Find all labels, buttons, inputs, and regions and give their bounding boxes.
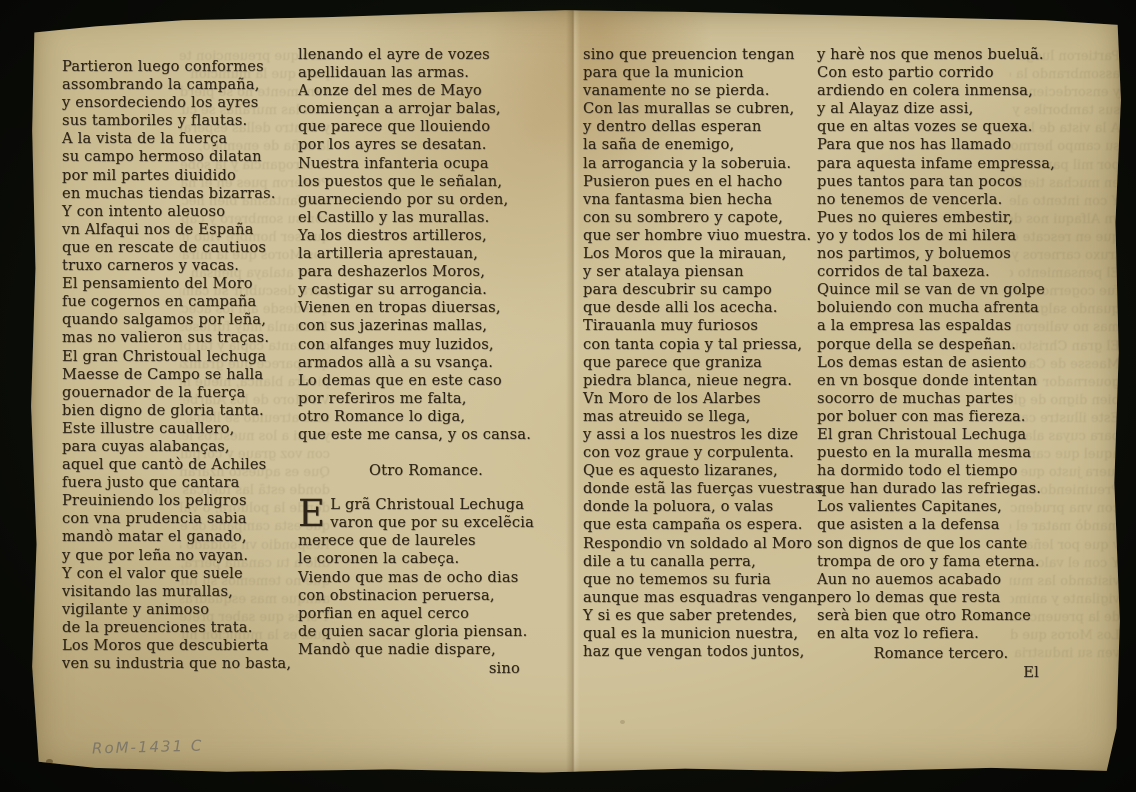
text-line: con obstinacion peruersa, <box>298 587 546 605</box>
text-line: Y con el valor que suele <box>62 565 300 583</box>
text-line: gouernador de la fuerça <box>62 384 300 402</box>
text-line: en muchas tiendas bizarras. <box>62 185 300 203</box>
text-line: por los ayres se desatan. <box>298 136 546 154</box>
paper-sheet: sino que preuencion tenganpara que la mu… <box>30 8 1122 774</box>
text-line: con sus jazerinas mallas, <box>298 317 546 335</box>
text-line: serà bien que otro Romance <box>817 607 1065 625</box>
text-line: por mil partes diuidido <box>62 167 300 185</box>
text-line: en vn bosque donde intentan <box>817 372 1065 390</box>
text-line: haz que vengan todos juntos, <box>583 643 817 661</box>
text-line: llenando el ayre de vozes <box>298 46 546 64</box>
text-line: Tirauanla muy furiosos <box>583 317 817 335</box>
text-line: el Castillo y las murallas. <box>298 209 546 227</box>
poem-second-romance: E L grã Christoual Lechuga varon que por… <box>298 496 546 659</box>
text-line: Los Moros que la mirauan, <box>583 245 817 263</box>
text-line: para que la municion <box>583 64 817 82</box>
text-line: boluiendo con mucha afrenta <box>817 299 1065 317</box>
text-line: porque della se despeñan. <box>817 336 1065 354</box>
text-line: Partieron luego conformes <box>62 58 300 76</box>
text-line: Aun no auemos acabado <box>817 571 1065 589</box>
text-line: fue cogernos en campaña <box>62 293 300 311</box>
text-line: de la preuenciones trata. <box>62 619 300 637</box>
ink-speck <box>620 720 625 724</box>
text-line: para deshazerlos Moros, <box>298 263 546 281</box>
text-line: que en rescate de cautiuos <box>62 239 300 257</box>
text-line: Maesse de Campo se halla <box>62 366 300 384</box>
text-line: la arrogancia y la soberuia. <box>583 155 817 173</box>
ink-speck <box>46 759 53 764</box>
text-line: no tenemos de vencerla. <box>817 191 1065 209</box>
text-line: A la vista de la fuerça <box>62 130 300 148</box>
text-line: Con esto partio corrido <box>817 64 1065 82</box>
text-line: yo y todos los de mi hilera <box>817 227 1065 245</box>
text-line: que ser hombre viuo muestra. <box>583 227 817 245</box>
text-line: mas no valieron sus traças. <box>62 329 300 347</box>
text-line: para descubrir su campo <box>583 281 817 299</box>
text-line: guarneciendo por su orden, <box>298 191 546 209</box>
section-heading: Otro Romance. <box>306 462 546 480</box>
text-line: Y si es que saber pretendes, <box>583 607 817 625</box>
text-line: piedra blanca, nieue negra. <box>583 372 817 390</box>
text-line: visitando las murallas, <box>62 583 300 601</box>
text-line: ven su industria que no basta, <box>62 655 300 673</box>
text-line: otro Romance lo diga, <box>298 408 546 426</box>
text-line: Los Moros que descubierta <box>62 637 300 655</box>
text-line: socorro de muchas partes <box>817 390 1065 408</box>
text-line: Con las murallas se cubren, <box>583 100 817 118</box>
text-line: por boluer con mas fiereza. <box>817 408 1065 426</box>
text-line: que asisten a la defensa <box>817 516 1065 534</box>
text-line: nos partimos, y boluemos <box>817 245 1065 263</box>
text-line: assombrando la campaña, <box>62 76 300 94</box>
text-line: Pusieron pues en el hacho <box>583 173 817 191</box>
text-line: Vienen en tropas diuersas, <box>298 299 546 317</box>
text-line: porfian en aquel cerco <box>298 605 546 623</box>
text-line: L grã Christoual Lechuga <box>298 496 546 514</box>
text-line: Lo demas que en este caso <box>298 372 546 390</box>
text-line: le coronen la cabeça. <box>298 550 546 568</box>
text-line: vn Alfaqui nos de España <box>62 221 300 239</box>
shelfmark-annotation: RoM-1431 C <box>92 737 204 758</box>
text-line: para cuyas alabanças, <box>62 438 300 456</box>
poem-lines: varon que por su excelẽciamerece que de … <box>298 514 546 659</box>
text-line: El gran Christoual lechuga <box>62 348 300 366</box>
column-2-verse: llenando el ayre de vozesapellidauan las… <box>298 46 546 444</box>
text-line: Para que nos has llamado <box>817 136 1065 154</box>
text-line: para aquesta infame empressa, <box>817 155 1065 173</box>
text-line: donde estã las fuerças vuestras <box>583 480 817 498</box>
drop-cap-initial: E <box>298 496 330 530</box>
text-line: con su sombrero y capote, <box>583 209 817 227</box>
text-line: fuera justo que cantara <box>62 474 300 492</box>
text-line: la saña de enemigo, <box>583 136 817 154</box>
text-line: ha dormido todo el tiempo <box>817 462 1065 480</box>
text-line: truxo carneros y vacas. <box>62 257 300 275</box>
text-line: apellidauan las armas. <box>298 64 546 82</box>
text-line: Pues no quieres embestir, <box>817 209 1065 227</box>
closing-heading: Romance tercero. <box>817 645 1065 663</box>
text-line: sus tamboriles y flautas. <box>62 112 300 130</box>
text-line: y harè nos que menos bueluã. <box>817 46 1065 64</box>
text-column-2: llenando el ayre de vozesapellidauan las… <box>298 46 546 678</box>
text-line: Preuiniendo los peligros <box>62 492 300 510</box>
text-line: mandò matar el ganado, <box>62 528 300 546</box>
text-line: y dentro dellas esperan <box>583 118 817 136</box>
text-line: Nuestra infanteria ocupa <box>298 155 546 173</box>
text-line: son dignos de que los cante <box>817 535 1065 553</box>
text-line: sino que preuencion tengan <box>583 46 817 64</box>
text-line: Este illustre cauallero, <box>62 420 300 438</box>
text-line: con tanta copia y tal priessa, <box>583 336 817 354</box>
text-line: pero lo demas que resta <box>817 589 1065 607</box>
text-line: Que es aquesto lizaranes, <box>583 462 817 480</box>
text-line: Vn Moro de los Alarbes <box>583 390 817 408</box>
text-line: vna fantasma bien hecha <box>583 191 817 209</box>
text-line: con voz graue y corpulenta. <box>583 444 817 462</box>
text-line: y al Alayaz dize assi, <box>817 100 1065 118</box>
text-line: que este me cansa, y os cansa. <box>298 426 546 444</box>
text-column-4: y harè nos que menos bueluã.Con esto par… <box>817 46 1065 682</box>
text-line: Mandò que nadie dispare, <box>298 641 546 659</box>
text-line: Y con intento aleuoso <box>62 203 300 221</box>
text-line: que parece que graniza <box>583 354 817 372</box>
text-line: aunque mas esquadras vengan. <box>583 589 817 607</box>
catchword-right-page: El <box>817 664 1065 682</box>
page-fold <box>566 8 580 774</box>
text-line: Los demas estan de asiento <box>817 354 1065 372</box>
text-line: armados allà a su vsança. <box>298 354 546 372</box>
text-column-1: Partieron luego conformesassombrando la … <box>62 58 300 673</box>
text-line: de quien sacar gloria piensan. <box>298 623 546 641</box>
text-line: Viendo que mas de ocho dias <box>298 569 546 587</box>
text-line: Ya los diestros artilleros, <box>298 227 546 245</box>
text-line: a la empresa las espaldas <box>817 317 1065 335</box>
text-line: que desde alli los acecha. <box>583 299 817 317</box>
text-column-3: sino que preuencion tenganpara que la mu… <box>583 46 817 661</box>
text-line: ardiendo en colera inmensa, <box>817 82 1065 100</box>
text-line: la artilleria aprestauan, <box>298 245 546 263</box>
text-line: con vna prudencia sabia <box>62 510 300 528</box>
text-line: mas atreuido se llega, <box>583 408 817 426</box>
text-line: vigilante y animoso <box>62 601 300 619</box>
text-line: A onze del mes de Mayo <box>298 82 546 100</box>
text-line: y que por leña no vayan. <box>62 547 300 565</box>
text-line: puesto en la muralla mesma <box>817 444 1065 462</box>
text-line: Quince mil se van de vn golpe <box>817 281 1065 299</box>
text-line: su campo hermoso dilatan <box>62 148 300 166</box>
text-line: quando salgamos por leña, <box>62 311 300 329</box>
text-line: que en altas vozes se quexa. <box>817 118 1065 136</box>
text-line: El pensamiento del Moro <box>62 275 300 293</box>
text-line: aquel que cantò de Achiles <box>62 456 300 474</box>
text-line: qual es la municion nuestra, <box>583 625 817 643</box>
photograph-background: { "colors": { "background": "#0b0d08", "… <box>0 0 1136 792</box>
text-line: pues tantos para tan pocos <box>817 173 1065 191</box>
catchword-left-page: sino <box>298 660 546 678</box>
text-line: con alfanges muy luzidos, <box>298 336 546 354</box>
column-4-verse: y harè nos que menos bueluã.Con esto par… <box>817 46 1065 643</box>
text-line: y assi a los nuestros les dize <box>583 426 817 444</box>
text-line: Respondio vn soldado al Moro <box>583 535 817 553</box>
text-line: que no tememos su furia <box>583 571 817 589</box>
text-line: en alta voz lo refiera. <box>817 625 1065 643</box>
text-line: donde la poluora, o valas <box>583 498 817 516</box>
text-line: merece que de laureles <box>298 532 546 550</box>
text-line: bien digno de gloria tanta. <box>62 402 300 420</box>
text-line: dile a tu canalla perra, <box>583 553 817 571</box>
ink-speck <box>336 128 340 132</box>
text-line: que han durado las refriegas. <box>817 480 1065 498</box>
text-line: los puestos que le señalan, <box>298 173 546 191</box>
text-line: corridos de tal baxeza. <box>817 263 1065 281</box>
text-line: El gran Christoual Lechuga <box>817 426 1065 444</box>
text-line: y ser atalaya piensan <box>583 263 817 281</box>
text-line: y castigar su arrogancia. <box>298 281 546 299</box>
text-line: y ensordeciendo los ayres <box>62 94 300 112</box>
text-line: varon que por su excelẽcia <box>298 514 546 532</box>
text-line: Los valientes Capitanes, <box>817 498 1065 516</box>
text-line: que parece que llouiendo <box>298 118 546 136</box>
text-line: trompa de oro y fama eterna. <box>817 553 1065 571</box>
text-line: que esta campaña os espera. <box>583 516 817 534</box>
text-line: comiençan a arrojar balas, <box>298 100 546 118</box>
text-line: vanamente no se pierda. <box>583 82 817 100</box>
text-line: por referiros me falta, <box>298 390 546 408</box>
